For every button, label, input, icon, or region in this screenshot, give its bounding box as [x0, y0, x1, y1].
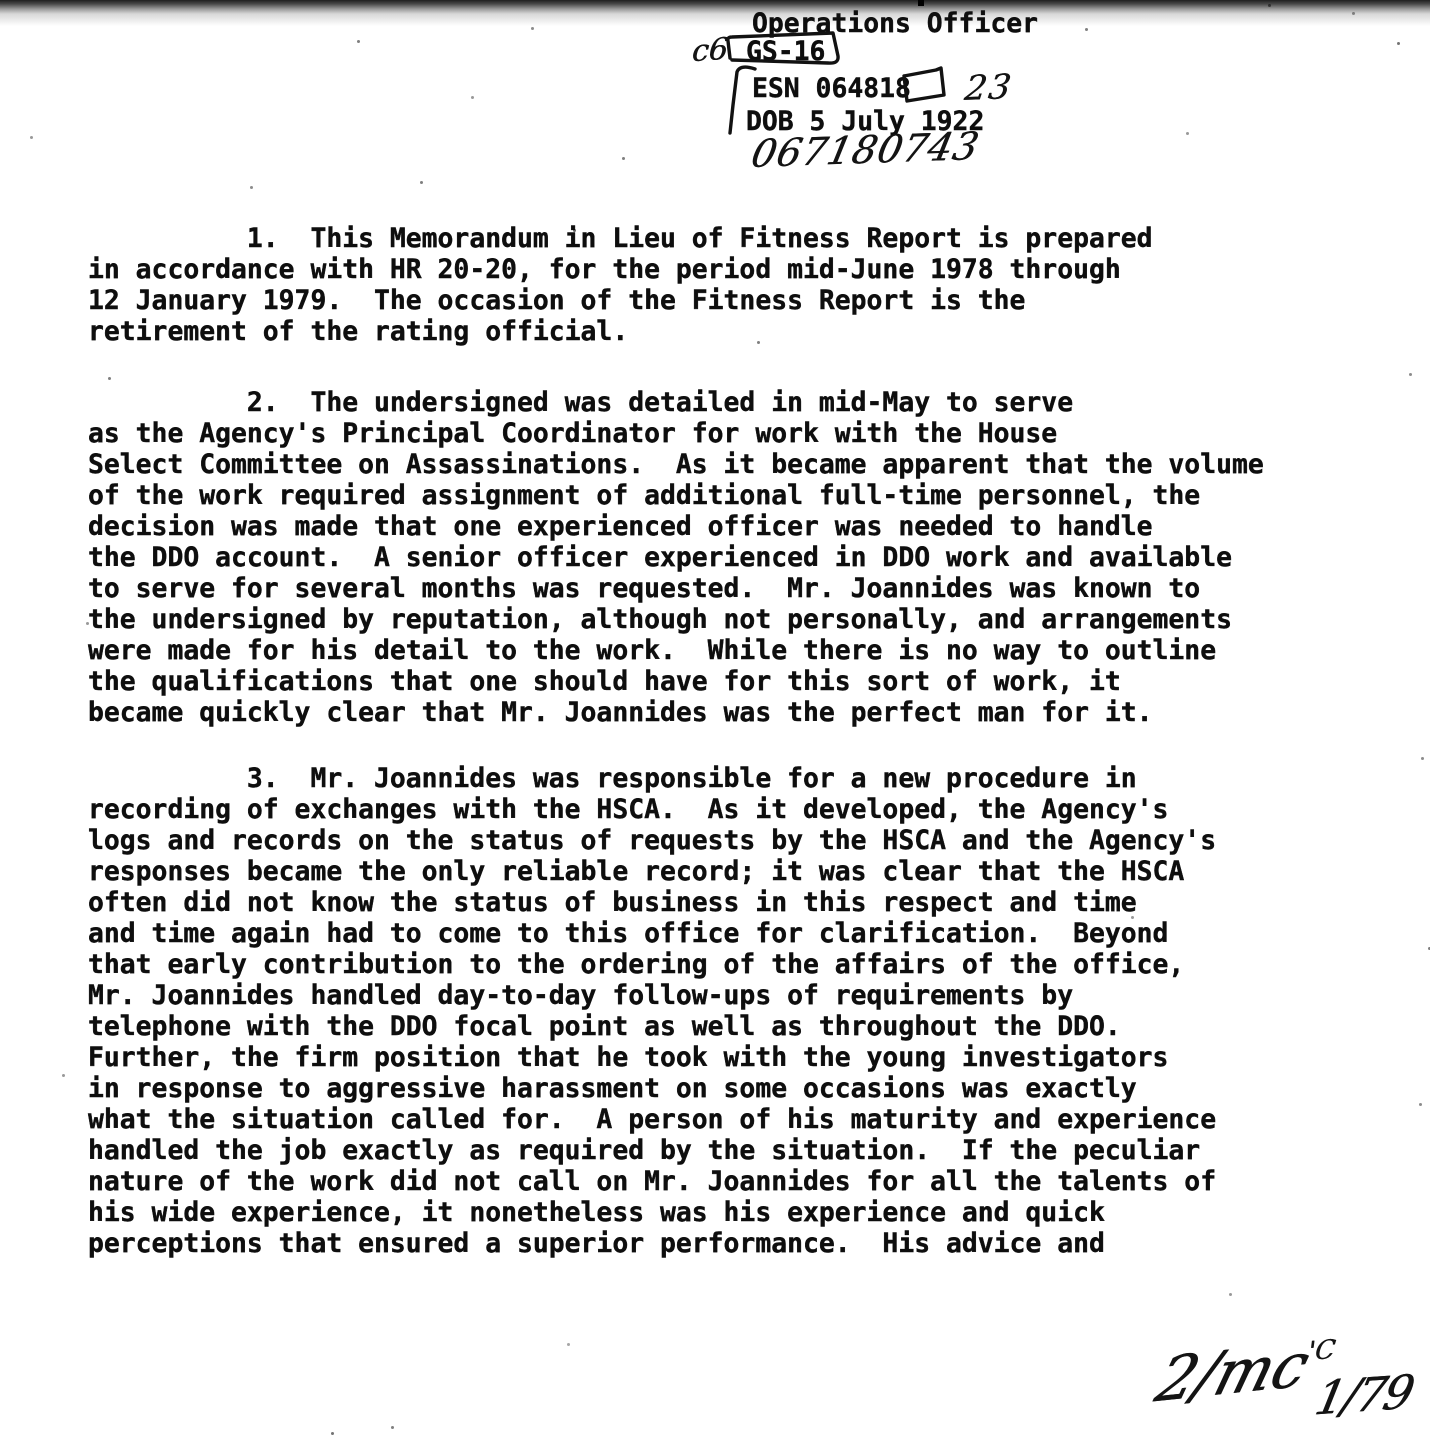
handwritten-esn-suffix: 23 [962, 67, 1015, 109]
header-title: Operations Officer [752, 8, 1038, 39]
handwritten-signature: 2/mc [1148, 1329, 1317, 1417]
paragraph-3: 3. Mr. Joannides was responsible for a n… [88, 763, 1216, 1259]
document-page: Operations Officer GS-16 ESN 064818 DOB … [0, 0, 1430, 1442]
grade-line: GS-16 [746, 36, 825, 67]
paragraph-1: 1. This Memorandum in Lieu of Fitness Re… [88, 223, 1153, 347]
scan-edge-artifact [0, 0, 1430, 26]
signature-note: 'C [1306, 1335, 1337, 1368]
scan-noise-specks [0, 0, 3, 3]
handwritten-initials: c6 [691, 32, 729, 70]
signature-date: 1/79 [1310, 1364, 1417, 1426]
handwritten-file-number: 067180743 [747, 124, 983, 176]
esn-line: ESN 064818 [752, 73, 911, 104]
paragraph-2: 2. The undersigned was detailed in mid-M… [88, 387, 1264, 728]
